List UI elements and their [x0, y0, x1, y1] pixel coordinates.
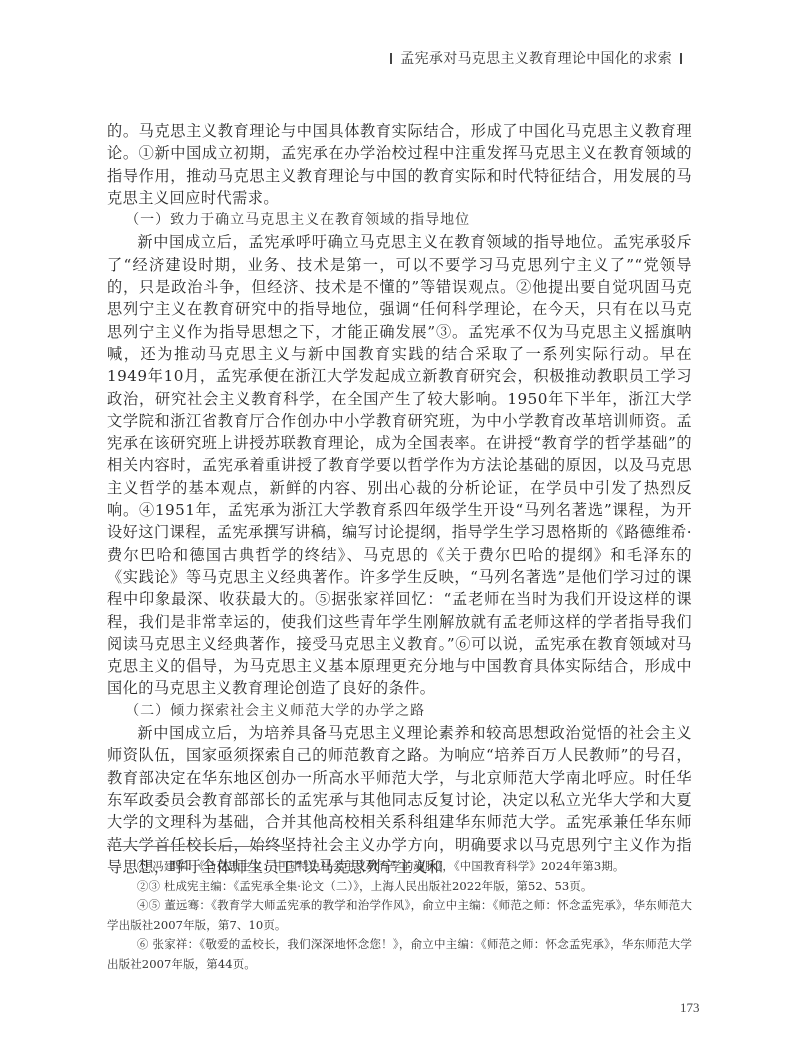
footnote-4-5: ④⑤ 董远骞：《教育学大师孟宪承的教学和治学作风》，俞立中主编：《师范之师：怀念…	[107, 896, 692, 935]
page-number: 173	[680, 1000, 700, 1016]
paragraph: 新中国成立后，孟宪承呼吁确立马克思主义在教育领域的指导地位。孟宪承驳斥了“经济建…	[107, 231, 692, 699]
paragraph-continuation: 的。马克思主义教育理论与中国具体教育实际结合，形成了中国化马克思主义教育理论。①…	[107, 120, 692, 209]
running-header: 孟宪承对马克思主义教育理论中国化的求索	[382, 48, 690, 68]
footnotes: ① 冯建军：《马克思主义：中国特色社会主义教育学的魂脉》，《中国教育科学》202…	[107, 857, 692, 974]
footnote-1: ① 冯建军：《马克思主义：中国特色社会主义教育学的魂脉》，《中国教育科学》202…	[107, 857, 692, 877]
section-heading-1: （一）致力于确立马克思主义在教育领域的指导地位	[107, 209, 692, 231]
paragraph: 新中国成立后，为培养具备马克思主义理论素养和较高思想政治觉悟的社会主义师资队伍，…	[107, 722, 692, 878]
section-heading-2: （二）倾力探索社会主义师范大学的办学之路	[107, 700, 692, 722]
header-left-bar	[390, 53, 392, 64]
body-text: 的。马克思主义教育理论与中国具体教育实际结合，形成了中国化马克思主义教育理论。①…	[107, 120, 692, 878]
footnote-divider	[107, 846, 284, 847]
header-right-bar	[680, 53, 682, 64]
footnote-6: ⑥ 张家祥：《敬爱的孟校长，我们深深地怀念您！》，俞立中主编：《师范之师：怀念孟…	[107, 935, 692, 974]
footnote-2-3: ②③ 杜成宪主编：《孟宪承全集·论文（二）》，上海人民出版社2022年版，第52…	[107, 877, 692, 897]
running-title: 孟宪承对马克思主义教育理论中国化的求索	[400, 51, 672, 67]
